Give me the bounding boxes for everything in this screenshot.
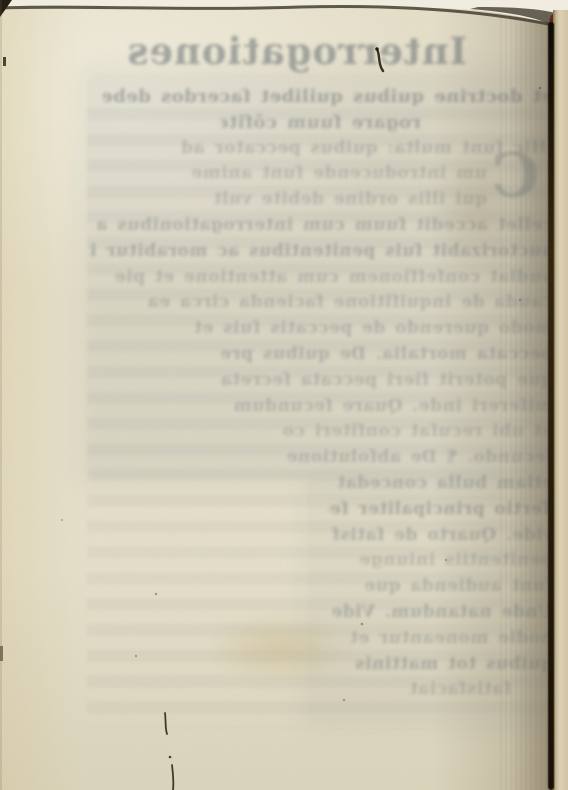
ghost-line: quibus tot mattinis — [325, 652, 553, 678]
ghost-line: peccata mortalia. De quibus pre — [113, 342, 553, 368]
ghost-line: et ubi recuſat confiteri co — [138, 419, 553, 445]
ghost-line: hodie moneantur et — [338, 626, 553, 652]
ghost-line: modo querendo de peccatis ſuis et — [108, 316, 553, 342]
ghost-line: vide. Quarto de ſatisf — [323, 523, 553, 549]
ghost-line: miſereri inde. Quare ſecundum — [118, 394, 553, 420]
ghost-line: et doctrine quibus quilibet ſacerdos deb… — [103, 84, 553, 110]
ghost-line: etiam bulla concedatur — [338, 471, 553, 497]
ghost-line: rogare ſuum cõfitentem. — [221, 110, 421, 136]
gutter-crease — [548, 22, 554, 790]
stain — [205, 612, 355, 684]
ghost-line: que poterit fieri peccata ſecreta — [113, 368, 553, 394]
ghost-line: ſunt audienda que — [363, 574, 553, 600]
ghost-line: Tertio principaliter ſeq — [328, 497, 553, 523]
ghost-title: Interrogationes — [14, 28, 467, 74]
photo-of-book-page: Interrogationes C et doctrine quibus qui… — [0, 0, 568, 790]
next-leaf-fore-edge — [553, 10, 568, 790]
ghost-line: ſecundo. ¶ De abſolutione — [123, 445, 553, 471]
stain — [430, 150, 520, 270]
ghost-line: penitentiis iniungendis — [358, 548, 553, 574]
ghost-line: ſatisfaciat — [381, 677, 511, 703]
ghost-line: cauda de inquiſitione facienda circa ea — [103, 290, 553, 316]
